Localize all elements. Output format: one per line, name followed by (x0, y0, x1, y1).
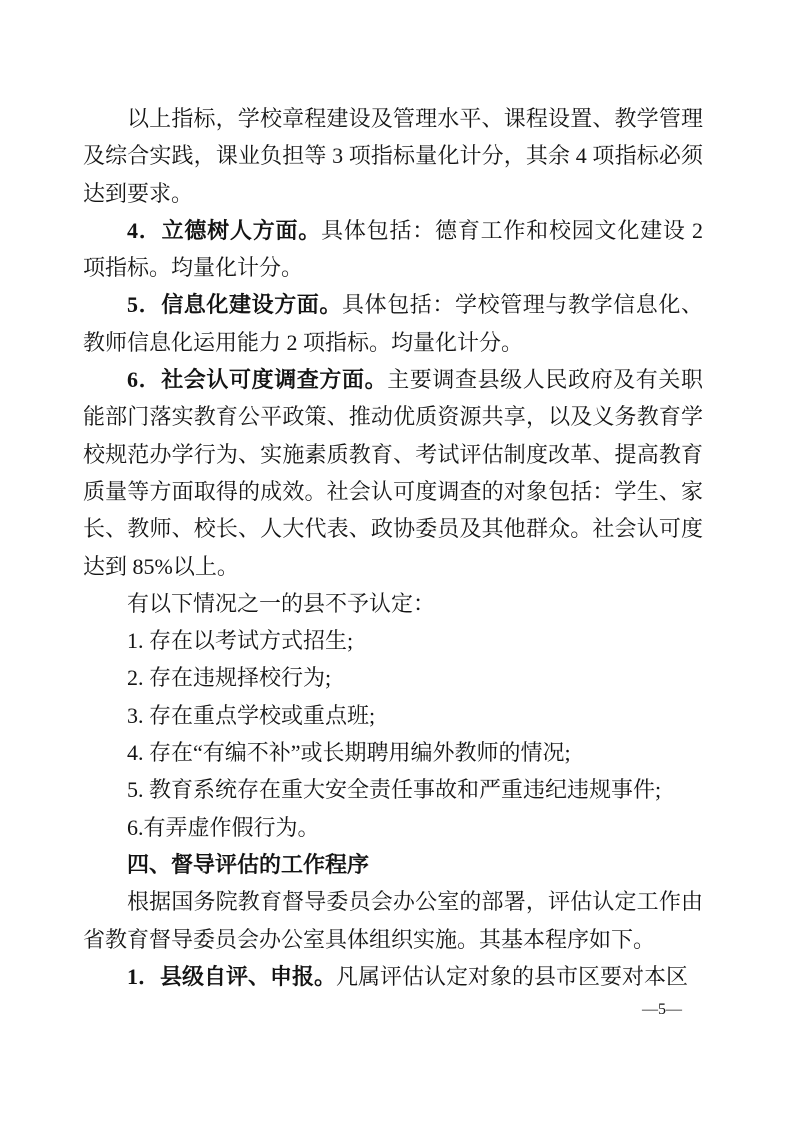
paragraph: 2. 存在违规择校行为; (83, 659, 703, 696)
paragraph: 4．立德树人方面。具体包括：德育工作和校园文化建设 2 项指标。均量化计分。 (83, 212, 703, 287)
paragraph: 6.有弄虚作假行为。 (83, 809, 703, 846)
paragraph: 6．社会认可度调查方面。主要调查县级人民政府及有关职能部门落实教育公平政策、推动… (83, 361, 703, 585)
paragraph-text: 1. 存在以考试方式招生; (127, 628, 353, 653)
paragraph-text: 以上指标，学校章程建设及管理水平、课程设置、教学管理及综合实践，课业负担等 3 … (83, 106, 703, 206)
paragraph: 根据国务院教育督导委员会办公室的部署，评估认定工作由省教育督导委员会办公室具体组… (83, 883, 703, 958)
paragraph-text: 6.有弄虚作假行为。 (127, 815, 320, 840)
paragraph-lead: 四、督导评估的工作程序 (127, 852, 369, 877)
paragraph-text: 5. 教育系统存在重大安全责任事故和严重违纪违规事件; (127, 777, 661, 802)
paragraph-lead: 1．县级自评、申报。 (127, 964, 336, 989)
paragraph-text: 根据国务院教育督导委员会办公室的部署，评估认定工作由省教育督导委员会办公室具体组… (83, 889, 703, 951)
document-body: 以上指标，学校章程建设及管理水平、课程设置、教学管理及综合实践，课业负担等 3 … (83, 100, 703, 995)
paragraph-lead: 6．社会认可度调查方面。 (127, 367, 387, 392)
paragraph-text: 凡属评估认定对象的县市区要对本区 (336, 964, 688, 989)
paragraph: 有以下情况之一的县不予认定： (83, 585, 703, 622)
paragraph-lead: 4．立德树人方面。 (127, 218, 321, 243)
paragraph-text: 4. 存在“有编不补”或长期聘用编外教师的情况; (127, 740, 571, 765)
paragraph-lead: 5．信息化建设方面。 (127, 292, 342, 317)
paragraph: 5．信息化建设方面。具体包括：学校管理与教学信息化、教师信息化运用能力 2 项指… (83, 286, 703, 361)
paragraph-text: 有以下情况之一的县不予认定： (127, 591, 435, 616)
paragraph: 3. 存在重点学校或重点班; (83, 697, 703, 734)
paragraph: 以上指标，学校章程建设及管理水平、课程设置、教学管理及综合实践，课业负担等 3 … (83, 100, 703, 212)
paragraph: 1. 存在以考试方式招生; (83, 622, 703, 659)
paragraph-text: 主要调查县级人民政府及有关职能部门落实教育公平政策、推动优质资源共享，以及义务教… (83, 367, 703, 578)
paragraph: 四、督导评估的工作程序 (83, 846, 703, 883)
paragraph: 1．县级自评、申报。凡属评估认定对象的县市区要对本区 (83, 958, 703, 995)
paragraph-text: 3. 存在重点学校或重点班; (127, 703, 375, 728)
paragraph: 4. 存在“有编不补”或长期聘用编外教师的情况; (83, 734, 703, 771)
paragraph-text: 2. 存在违规择校行为; (127, 665, 331, 690)
document-page: 以上指标，学校章程建设及管理水平、课程设置、教学管理及综合实践，课业负担等 3 … (0, 0, 793, 1122)
paragraph: 5. 教育系统存在重大安全责任事故和严重违纪违规事件; (83, 771, 703, 808)
page-number: —5— (642, 1001, 682, 1019)
